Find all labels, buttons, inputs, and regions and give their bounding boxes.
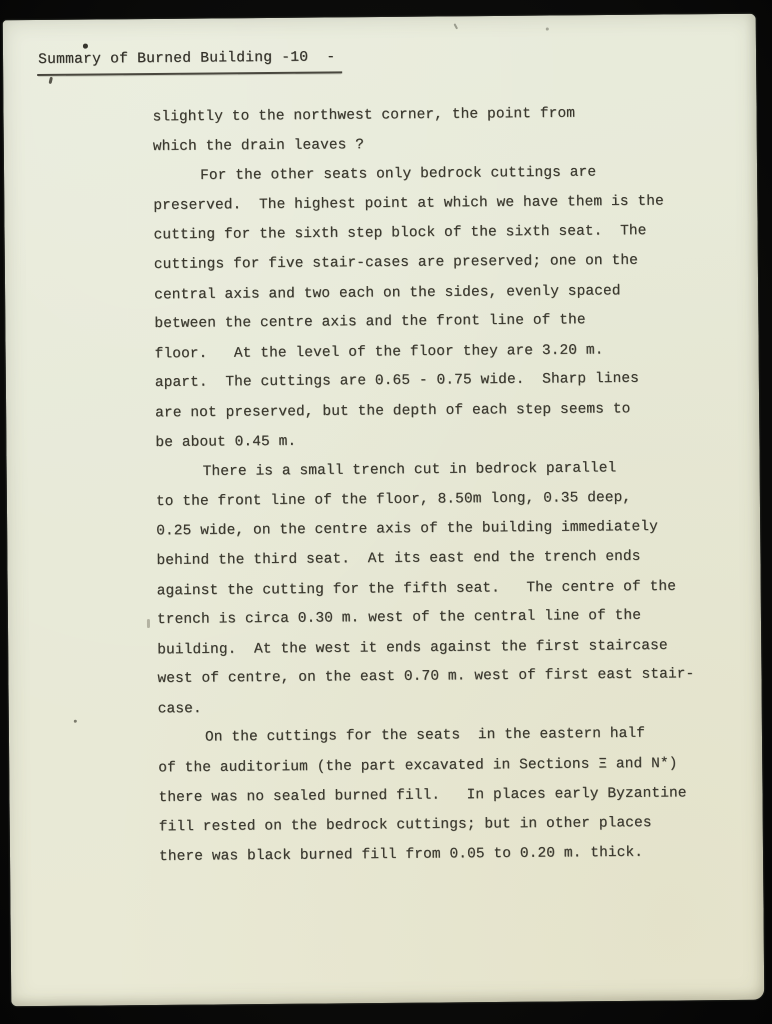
text-line: there was black burned fill from 0.05 to… bbox=[159, 838, 719, 872]
text-line: apart. The cuttings are 0.65 - 0.75 wide… bbox=[155, 364, 715, 398]
text-line: be about 0.45 m. bbox=[155, 424, 715, 458]
text-line: of the auditorium (the part excavated in… bbox=[158, 750, 718, 784]
ink-speck bbox=[147, 619, 150, 628]
text-line: case. bbox=[158, 690, 718, 724]
ink-speck bbox=[83, 44, 88, 49]
ink-speck bbox=[48, 77, 53, 85]
document-page: Summary of Burned Building -10 - slightl… bbox=[3, 14, 765, 1007]
typewritten-body: slightly to the northwest corner, the po… bbox=[152, 98, 719, 872]
text-line: behind the third seat. At its east end t… bbox=[156, 542, 716, 576]
text-line: there was no sealed burned fill. In plac… bbox=[158, 779, 718, 813]
text-line: cuttings for five stair-cases are preser… bbox=[154, 246, 714, 280]
text-line: trench is circa 0.30 m. west of the cent… bbox=[157, 601, 717, 635]
ink-speck bbox=[546, 28, 549, 31]
text-line: central axis and two each on the sides, … bbox=[154, 276, 714, 310]
text-line: There is a small trench cut in bedrock p… bbox=[156, 454, 716, 488]
text-line: building. At the west it ends against th… bbox=[157, 631, 717, 665]
ink-speck bbox=[74, 720, 77, 723]
text-line: slightly to the northwest corner, the po… bbox=[152, 99, 712, 133]
text-line: between the centre axis and the front li… bbox=[154, 305, 714, 339]
ink-speck bbox=[453, 23, 458, 29]
text-line: For the other seats only bedrock cutting… bbox=[153, 158, 713, 192]
page-title: Summary of Burned Building -10 - bbox=[37, 47, 342, 76]
text-line: cutting for the sixth step block of the … bbox=[153, 217, 713, 251]
text-line: which the drain leaves ? bbox=[153, 128, 713, 162]
text-line: preserved. The highest point at which we… bbox=[153, 187, 713, 221]
scan-background: Summary of Burned Building -10 - slightl… bbox=[0, 0, 772, 1024]
text-line: west of centre, on the east 0.70 m. west… bbox=[157, 660, 717, 694]
text-line: are not preserved, but the depth of each… bbox=[155, 394, 715, 428]
text-line: On the cuttings for the seats in the eas… bbox=[158, 720, 718, 754]
text-line: 0.25 wide, on the centre axis of the bui… bbox=[156, 513, 716, 547]
text-line: to the front line of the floor, 8.50m lo… bbox=[156, 483, 716, 517]
text-line: against the cutting for the fifth seat. … bbox=[157, 572, 717, 606]
text-line: fill rested on the bedrock cuttings; but… bbox=[159, 809, 719, 843]
text-line: floor. At the level of the floor they ar… bbox=[155, 335, 715, 369]
